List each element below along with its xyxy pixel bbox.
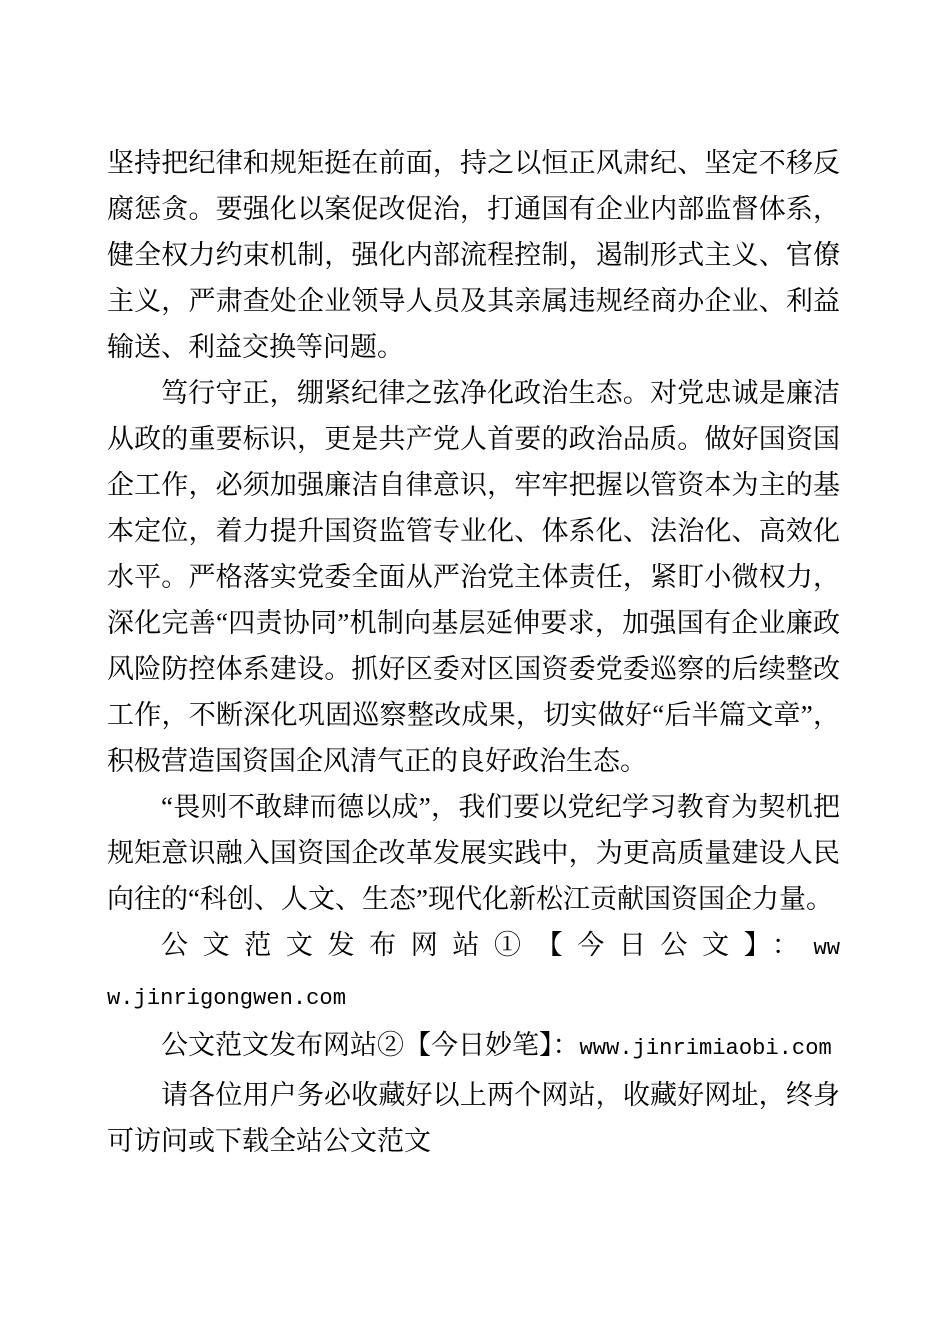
- paragraph-site2: 公文范文发布网站②【今日妙笔】：www.jinrimiaobi.com: [107, 1022, 840, 1072]
- document-page: 坚持把纪律和规矩挺在前面，持之以恒正风肃纪、坚定不移反腐惩贪。要强化以案促改促治…: [0, 0, 950, 1344]
- paragraph-site1: 公文范文发布网站①【今日公文】：www.jinrigongwen.com: [107, 922, 840, 1022]
- site2-label: 公文范文发布网站②【今日妙笔】：: [161, 1030, 580, 1060]
- paragraph-bookmark-notice: 请各位用户务必收藏好以上两个网站，收藏好网址，终身可访问或下载全站公文范文: [107, 1072, 840, 1164]
- paragraph-discipline-continuation: 坚持把纪律和规矩挺在前面，持之以恒正风肃纪、坚定不移反腐惩贪。要强化以案促改促治…: [107, 140, 840, 370]
- paragraph-closing-quote: “畏则不敢肆而德以成”，我们要以党纪学习教育为契机把规矩意识融入国资国企改革发展…: [107, 784, 840, 922]
- site2-url: www.jinrimiaobi.com: [580, 1036, 832, 1061]
- site1-label: 公文范文发布网站①【今日公文】：: [161, 930, 813, 960]
- paragraph-duxing-shouzheng: 笃行守正，绷紧纪律之弦净化政治生态。对党忠诚是廉洁从政的重要标识，更是共产党人首…: [107, 370, 840, 784]
